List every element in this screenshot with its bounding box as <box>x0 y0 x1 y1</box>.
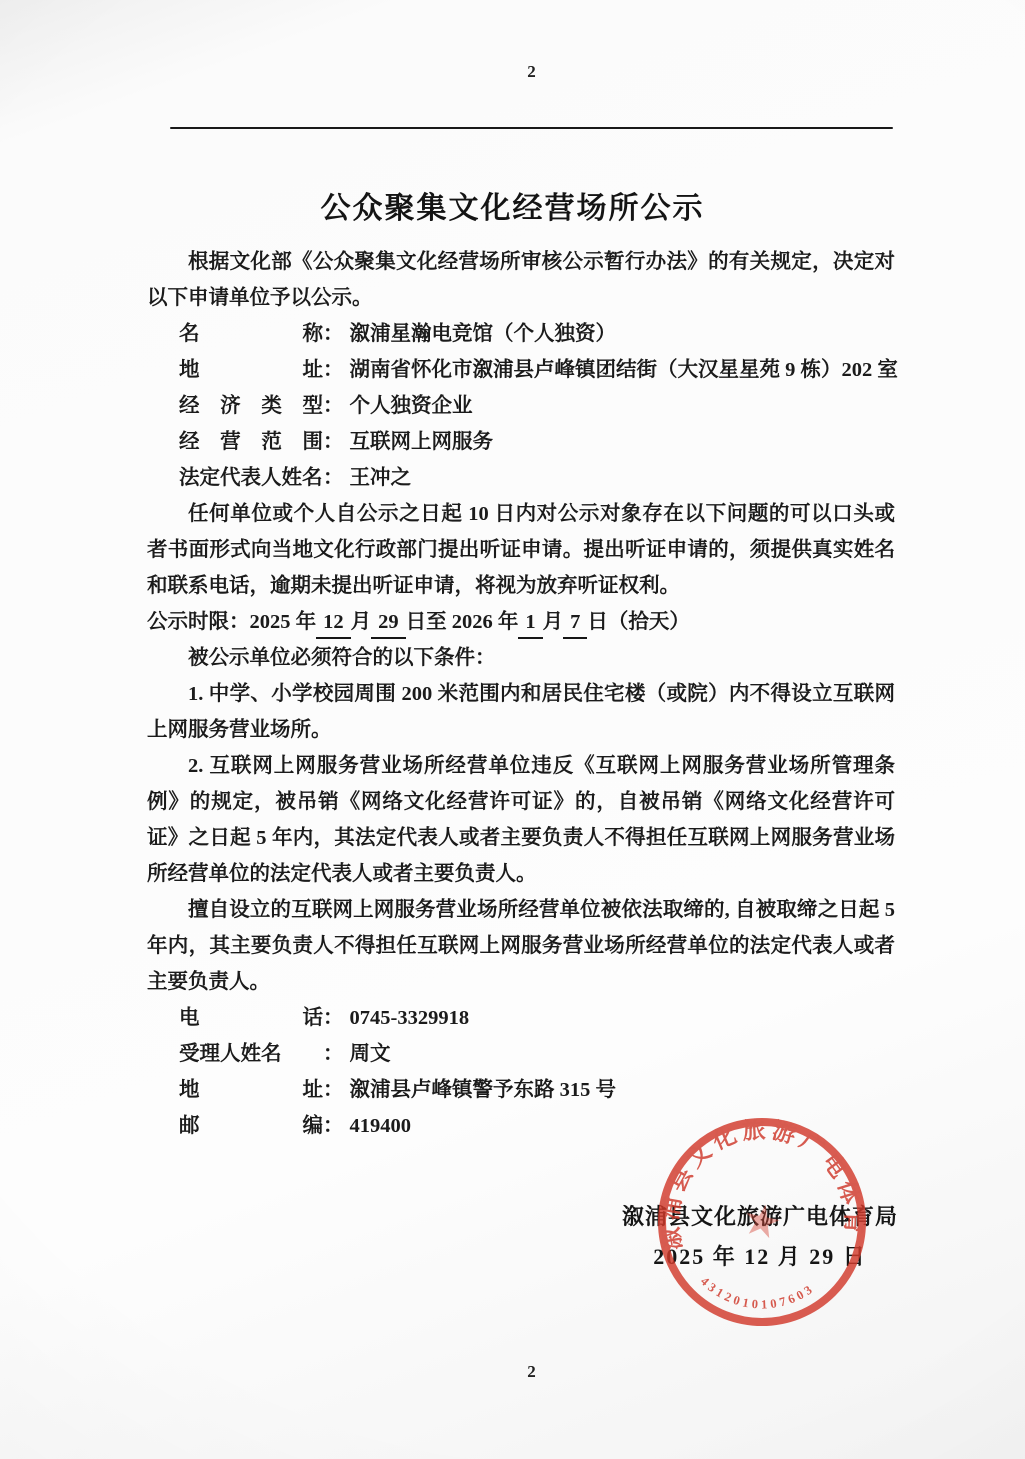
page-number-top: 2 <box>170 62 893 82</box>
document-page: 2 公众聚集文化经营场所公示 根据文化部《公众聚集文化经营场所审核公示暂行办法》… <box>0 0 1025 1459</box>
condition-2: 2. 互联网上网服务营业场所经营单位违反《互联网上网服务营业场所管理条例》的规定… <box>147 748 895 892</box>
field-value: 王冲之 <box>350 467 412 489</box>
publicity-period-line: 公示时限：2025 年12月29日至 2026 年1月7日（拾天） <box>147 604 895 640</box>
field-label: 受理人姓名 <box>179 1036 323 1072</box>
field-label: 邮编 <box>179 1108 323 1144</box>
field-row-name: 名称：溆浦星瀚电竞馆（个人独资） <box>147 316 895 352</box>
official-seal: 溆浦县文化旅游广电体育局 4312010107603 ★ <box>640 1100 884 1344</box>
field-value: 互联网上网服务 <box>350 431 494 453</box>
field-colon: ： <box>323 1108 344 1144</box>
field-colon: ： <box>323 1000 344 1036</box>
header-rule <box>170 127 893 129</box>
period-day-from: 29 <box>371 607 406 639</box>
field-label: 经济类型 <box>179 388 323 424</box>
period-suffix: 日（拾天） <box>587 611 690 633</box>
unauthorized-paragraph: 擅自设立的互联网上网服务营业场所经营单位被依法取缔的, 自被取缔之日起 5 年内… <box>147 892 895 1000</box>
page-number-bottom: 2 <box>170 1362 893 1382</box>
field-label: 法定代表人姓名 <box>179 460 323 496</box>
seal-serial-number: 4312010107603 <box>698 1274 818 1311</box>
conditions-intro: 被公示单位必须符合的以下条件： <box>147 640 895 676</box>
period-day-to: 7 <box>563 607 587 639</box>
field-value: 419400 <box>350 1115 412 1137</box>
period-sep: 月 <box>351 611 372 633</box>
field-colon: ： <box>323 1072 344 1108</box>
period-sep: 月 <box>543 611 564 633</box>
field-row-legal-representative: 法定代表人姓名：王冲之 <box>147 460 895 496</box>
period-sep: 日至 2026 年 <box>406 611 519 633</box>
field-value: 0745-3329918 <box>350 1007 470 1029</box>
field-label: 名称 <box>179 316 323 352</box>
document-body: 根据文化部《公众聚集文化经营场所审核公示暂行办法》的有关规定，决定对以下申请单位… <box>147 244 895 1144</box>
period-month-to: 1 <box>518 607 542 639</box>
field-label: 经营范围 <box>179 424 323 460</box>
field-value: 湖南省怀化市溆浦县卢峰镇团结街（大汉星星苑 9 栋）202 室 <box>350 359 898 381</box>
field-colon: ： <box>323 460 344 496</box>
field-row-handler-name: 受理人姓名：周文 <box>147 1036 895 1072</box>
intro-paragraph: 根据文化部《公众聚集文化经营场所审核公示暂行办法》的有关规定，决定对以下申请单位… <box>147 244 895 316</box>
field-row-phone: 电话：0745-3329918 <box>147 1000 895 1036</box>
hearing-paragraph: 任何单位或个人自公示之日起 10 日内对公示对象存在以下问题的可以口头或者书面形… <box>147 496 895 604</box>
field-colon: ： <box>323 388 344 424</box>
applicant-fields: 名称：溆浦星瀚电竞馆（个人独资） 地址：湖南省怀化市溆浦县卢峰镇团结街（大汉星星… <box>147 316 895 496</box>
field-row-economic-type: 经济类型：个人独资企业 <box>147 388 895 424</box>
field-row-business-scope: 经营范围：互联网上网服务 <box>147 424 895 460</box>
condition-1: 1. 中学、小学校园周围 200 米范围内和居民住宅楼（或院）内不得设立互联网上… <box>147 676 895 748</box>
period-prefix: 公示时限：2025 年 <box>147 611 316 633</box>
field-colon: ： <box>323 1036 344 1072</box>
field-value: 周文 <box>350 1043 391 1065</box>
field-colon: ： <box>323 352 344 388</box>
field-value: 溆浦星瀚电竞馆（个人独资） <box>350 323 617 345</box>
field-value: 溆浦县卢峰镇警予东路 315 号 <box>350 1079 617 1101</box>
field-row-address: 地址：湖南省怀化市溆浦县卢峰镇团结街（大汉星星苑 9 栋）202 室 <box>147 352 895 388</box>
period-month-from: 12 <box>316 607 351 639</box>
page-title: 公众聚集文化经营场所公示 <box>0 183 1025 227</box>
field-label: 电话 <box>179 1000 323 1036</box>
field-value: 个人独资企业 <box>350 395 473 417</box>
field-label: 地址 <box>179 352 323 388</box>
seal-star-icon: ★ <box>738 1193 787 1249</box>
field-label: 地址 <box>179 1072 323 1108</box>
field-colon: ： <box>323 424 344 460</box>
field-colon: ： <box>323 316 344 352</box>
